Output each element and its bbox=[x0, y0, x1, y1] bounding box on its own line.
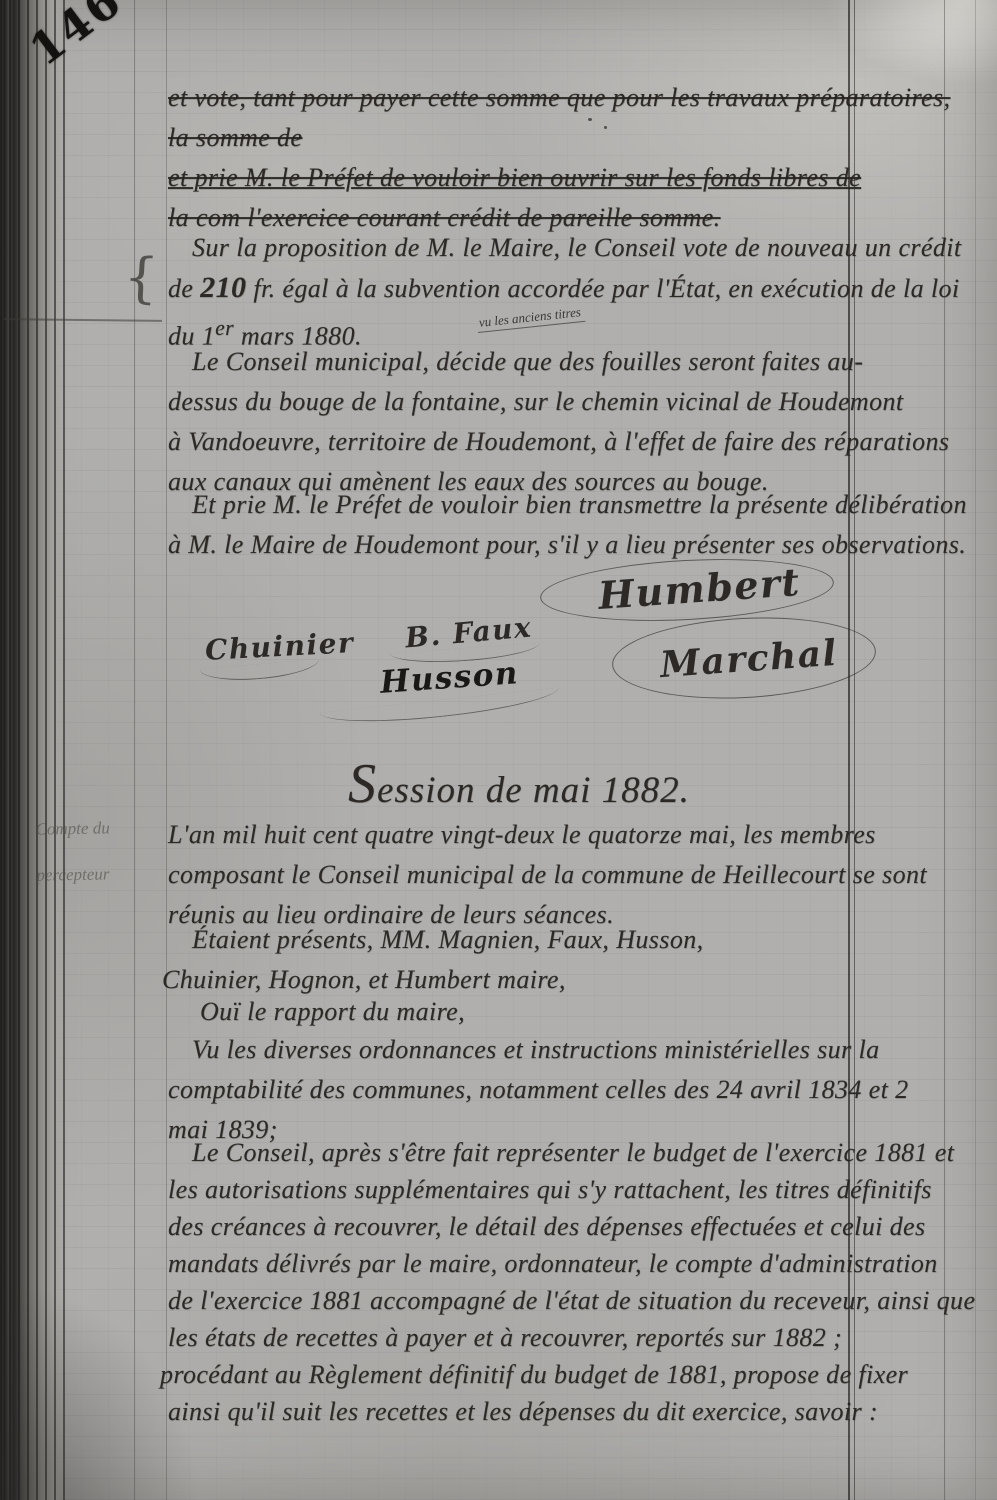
signature-chuinier: Chuinier bbox=[204, 626, 355, 667]
struck-line-3: et prie M. le Préfet de vouloir bien ouv… bbox=[168, 158, 978, 198]
conseil-line-1: Le Conseil, après s'être fait représente… bbox=[168, 1133, 978, 1170]
fouilles-line-2: dessus du bouge de la fontaine, sur le c… bbox=[168, 382, 978, 422]
presents-line-1: Étaient présents, MM. Magnien, Faux, Hus… bbox=[168, 920, 978, 960]
conseil-line-8: ainsi qu'il suit les recettes et les dép… bbox=[168, 1392, 978, 1429]
rapport-text: Ouï le rapport du maire, bbox=[200, 992, 997, 1032]
transmettre-line-1: Et prie M. le Préfet de vouloir bien tra… bbox=[168, 485, 978, 525]
paragraph-conseil: Le Conseil, après s'être fait représente… bbox=[168, 1133, 978, 1429]
paragraph-fouilles: Le Conseil municipal, décide que des fou… bbox=[168, 342, 978, 502]
struck-line-2: la somme de bbox=[168, 118, 978, 158]
credit-ordinal: er bbox=[215, 316, 234, 340]
credit-line-2-post: fr. égal à la subvention accordée par l'… bbox=[246, 274, 959, 303]
credit-line-2-pre: de bbox=[168, 274, 200, 303]
vu-line-1: Vu les diverses ordonnances et instructi… bbox=[168, 1030, 978, 1070]
left-margin-line-inner bbox=[134, 0, 135, 1500]
transmettre-line-2: à M. le Maire de Houdemont pour, s'il y … bbox=[168, 525, 978, 565]
credit-amount: 210 bbox=[200, 271, 246, 304]
margin-note: Compte du percepteur bbox=[35, 805, 111, 898]
struck-line-1: et vote, tant pour payer cette somme que… bbox=[168, 78, 978, 118]
struck-paragraph: et vote, tant pour payer cette somme que… bbox=[168, 78, 978, 238]
fouilles-line-1: Le Conseil municipal, décide que des fou… bbox=[168, 342, 978, 382]
paragraph-vu: Vu les diverses ordonnances et instructi… bbox=[168, 1030, 978, 1150]
conseil-line-4: mandats délivrés par le maire, ordonnate… bbox=[168, 1244, 978, 1281]
line-rapport: Ouï le rapport du maire, bbox=[200, 992, 997, 1032]
margin-note-line1: Compte du bbox=[35, 805, 110, 852]
margin-brace-mark: { bbox=[122, 245, 160, 310]
paragraph-transmettre: Et prie M. le Préfet de vouloir bien tra… bbox=[168, 485, 978, 565]
session-heading: Session de mai 1882. bbox=[348, 752, 690, 816]
book-binding-edge bbox=[0, 0, 66, 1500]
ouverture-line-1: L'an mil huit cent quatre vingt-deux le … bbox=[168, 815, 978, 855]
conseil-line-6: les états de recettes à payer et à recou… bbox=[168, 1318, 978, 1355]
conseil-line-3: des créances à recouvrer, le détail des … bbox=[168, 1207, 978, 1244]
vu-line-2: comptabilité des communes, notamment cel… bbox=[168, 1070, 978, 1110]
conseil-line-5: de l'exercice 1881 accompagné de l'état … bbox=[168, 1281, 978, 1318]
conseil-line-7: procédant au Règlement définitif du budg… bbox=[160, 1355, 978, 1392]
register-page-scan: 146 Compte du percepteur { et vote, tant… bbox=[0, 0, 997, 1500]
margin-note-line2: percepteur bbox=[36, 851, 111, 898]
paragraph-presents: Étaient présents, MM. Magnien, Faux, Hus… bbox=[168, 920, 978, 1000]
ouverture-line-2: composant le Conseil municipal de la com… bbox=[168, 855, 978, 895]
paragraph-credit: Sur la proposition de M. le Maire, le Co… bbox=[168, 228, 978, 348]
credit-line-2: de 210 fr. égal à la subvention accordée… bbox=[168, 268, 978, 308]
credit-line-1: Sur la proposition de M. le Maire, le Co… bbox=[168, 228, 978, 268]
left-margin-line-outer bbox=[166, 0, 167, 1500]
paragraph-ouverture: L'an mil huit cent quatre vingt-deux le … bbox=[168, 815, 978, 935]
conseil-line-2: les autorisations supplémentaires qui s'… bbox=[168, 1170, 978, 1207]
fouilles-line-3: à Vandoeuvre, territoire de Houdemont, à… bbox=[168, 422, 978, 462]
